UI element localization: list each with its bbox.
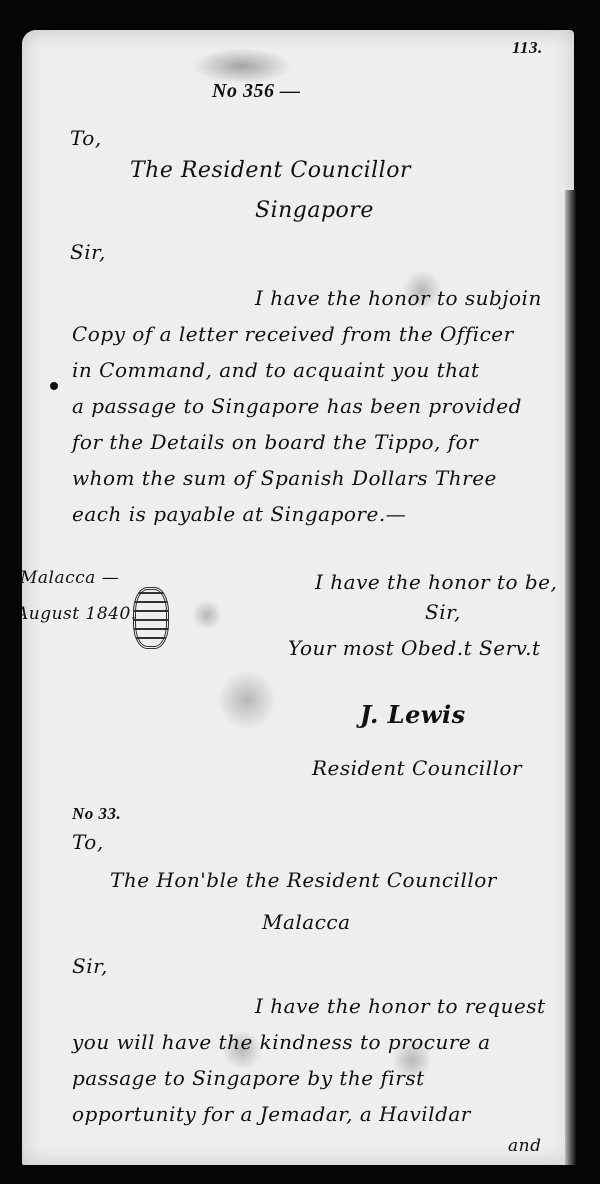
salutation-to: To, [72,830,104,854]
closing-line-3: Your most Obed.t Serv.t [288,636,540,660]
addressee-line-2: Malacca [262,910,351,934]
body-line: you will have the kindness to procure a [72,1030,491,1054]
margin-note-line-1: Malacca — [22,568,119,588]
signature-title: Resident Councillor [312,756,522,780]
addressee-line-1: The Hon'ble the Resident Councillor [110,868,497,892]
body-line: a passage to Singapore has been provided [72,394,522,418]
binding-hole [192,48,292,84]
page-edge-shadow [565,190,577,1165]
signature: J. Lewis [360,700,466,729]
body-line: for the Details on board the Tippo, for [72,430,478,454]
greeting: Sir, [72,954,108,978]
letter-number: No 33. [72,804,121,824]
ink-stain [217,670,277,730]
addressee-line-1: The Resident Councillor [130,158,411,183]
body-line: each is payable at Singapore.— [72,502,406,526]
flourish-seal-mark [133,587,169,649]
body-line: Copy of a letter received from the Offic… [72,322,514,346]
letter-number: No 356 — [212,80,300,103]
addressee-line-2: Singapore [255,198,374,223]
greeting: Sir, [70,240,106,264]
body-line: passage to Singapore by the first [72,1066,425,1090]
catchword: and [508,1136,541,1156]
ink-stain [192,600,222,630]
body-line: opportunity for a Jemadar, a Havildar [72,1102,471,1126]
closing-line-1: I have the honor to be, [315,570,557,594]
body-line: I have the honor to subjoin [255,286,542,310]
body-line: whom the sum of Spanish Dollars Three [72,466,497,490]
ink-dot [50,382,58,390]
page-number: 113. [512,38,543,58]
margin-note-line-2: August 1840. [22,604,137,624]
margin-note: Malacca — August 1840. [22,560,142,680]
closing-line-2: Sir, [425,600,461,624]
body-line: in Command, and to acquaint you that [72,358,480,382]
salutation-to: To, [70,126,102,150]
body-line: I have the honor to request [255,994,546,1018]
